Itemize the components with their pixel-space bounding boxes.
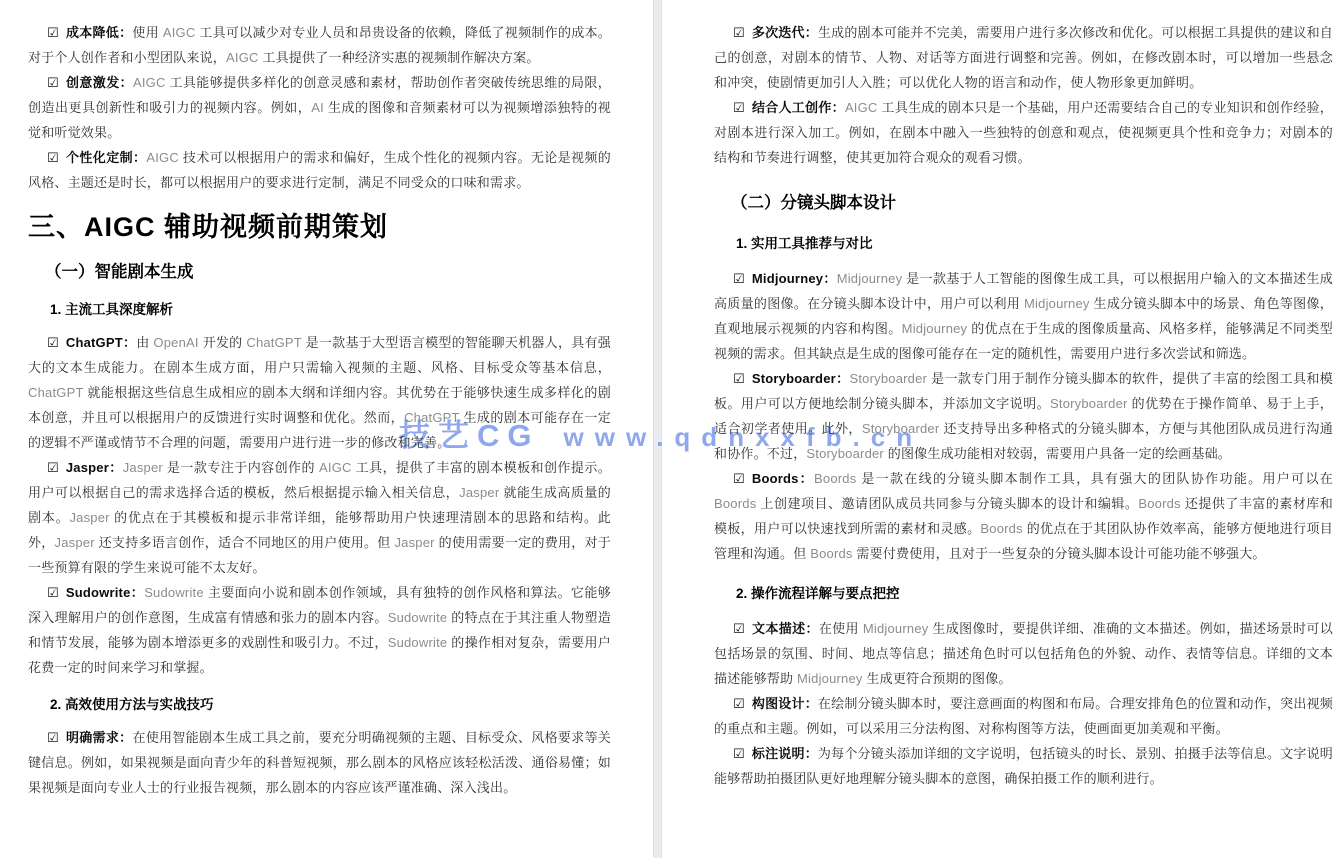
checkbox-icon: ☑ xyxy=(47,75,59,90)
paragraph-creativity: ☑创意激发：AIGC 工具能够提供多样化的创意灵感和素材，帮助创作者突破传统思维… xyxy=(28,70,611,145)
term-label: 成本降低： xyxy=(66,25,133,40)
term-label: 创意激发： xyxy=(66,75,133,90)
page-gap-divider xyxy=(653,0,662,858)
term-label: 标注说明： xyxy=(752,746,818,761)
checkbox-icon: ☑ xyxy=(47,585,59,600)
checkbox-icon: ☑ xyxy=(733,746,745,761)
document-page-left: ☑成本降低：使用 AIGC 工具可以减少对专业人员和昂贵设备的依赖，降低了视频制… xyxy=(0,0,653,858)
term-label: 多次迭代： xyxy=(752,25,818,40)
document-page-right: ☑多次迭代：生成的剧本可能并不完美，需要用户进行多次修改和优化。可以根据工具提供… xyxy=(662,0,1337,858)
paragraph-annotation: ☑标注说明：为每个分镜头添加详细的文字说明，包括镜头的时长、景别、拍摄手法等信息… xyxy=(714,741,1333,791)
term-label: 文本描述： xyxy=(752,621,819,636)
checkbox-icon: ☑ xyxy=(733,25,745,40)
paragraph-composition: ☑构图设计：在绘制分镜头脚本时，要注意画面的构图和布局。合理安排角色的位置和动作… xyxy=(714,691,1333,741)
checkbox-icon: ☑ xyxy=(47,335,59,350)
paragraph-sudowrite: ☑Sudowrite：Sudowrite 主要面向小说和剧本创作领域，具有独特的… xyxy=(28,580,611,680)
numbered-heading-tool-compare: 1. 实用工具推荐与对比 xyxy=(736,234,1333,254)
term-label: 构图设计： xyxy=(752,696,818,711)
paragraph-boords: ☑Boords：Boords 是一款在线的分镜头脚本制作工具，具有强大的团队协作… xyxy=(714,466,1333,566)
term-label: ChatGPT： xyxy=(66,335,136,350)
term-label: Boords： xyxy=(752,471,814,486)
term-label: 明确需求： xyxy=(66,730,133,745)
paragraph-jasper: ☑Jasper：Jasper 是一款专注于内容创作的 AIGC 工具，提供了丰富… xyxy=(28,455,611,580)
checkbox-icon: ☑ xyxy=(47,150,59,165)
checkbox-icon: ☑ xyxy=(733,696,745,711)
paragraph-midjourney: ☑Midjourney：Midjourney 是一款基于人工智能的图像生成工具，… xyxy=(714,266,1333,366)
term-label: 个性化定制： xyxy=(66,150,146,165)
paragraph-text: Jasper 是一款专注于内容创作的 AIGC 工具，提供了丰富的剧本模板和创作… xyxy=(28,460,611,575)
checkbox-icon: ☑ xyxy=(733,271,745,286)
paragraph-chatgpt: ☑ChatGPT：由 OpenAI 开发的 ChatGPT 是一款基于大型语言模… xyxy=(28,330,611,455)
checkbox-icon: ☑ xyxy=(733,621,745,636)
subsection-heading-2: （二）分镜头脚本设计 xyxy=(731,190,1333,216)
checkbox-icon: ☑ xyxy=(733,471,745,486)
numbered-heading-workflow: 2. 操作流程详解与要点把控 xyxy=(736,584,1333,604)
paragraph-text: 由 OpenAI 开发的 ChatGPT 是一款基于大型语言模型的智能聊天机器人… xyxy=(28,335,611,450)
paragraph-text-description: ☑文本描述：在使用 Midjourney 生成图像时，要提供详细、准确的文本描述… xyxy=(714,616,1333,691)
term-label: Storyboarder： xyxy=(752,371,850,386)
term-label: Jasper： xyxy=(66,460,123,475)
section-heading-3: 三、AIGC 辅助视频前期策划 xyxy=(28,207,611,247)
numbered-heading-usage-tips: 2. 高效使用方法与实战技巧 xyxy=(50,695,611,715)
checkbox-icon: ☑ xyxy=(47,730,59,745)
paragraph-human-collab: ☑结合人工创作：AIGC 工具生成的剧本只是一个基础，用户还需要结合自己的专业知… xyxy=(714,95,1333,170)
checkbox-icon: ☑ xyxy=(47,460,59,475)
term-label: Midjourney： xyxy=(752,271,837,286)
paragraph-clarify-needs: ☑明确需求：在使用智能剧本生成工具之前，要充分明确视频的主题、目标受众、风格要求… xyxy=(28,725,611,800)
paragraph-storyboarder: ☑Storyboarder：Storyboarder 是一款专门用于制作分镜头脚… xyxy=(714,366,1333,466)
subsection-heading-1: （一）智能剧本生成 xyxy=(45,259,611,285)
checkbox-icon: ☑ xyxy=(47,25,59,40)
checkbox-icon: ☑ xyxy=(733,100,745,115)
document-reading-view: ☑成本降低：使用 AIGC 工具可以减少对专业人员和昂贵设备的依赖，降低了视频制… xyxy=(0,0,1337,858)
paragraph-iterations: ☑多次迭代：生成的剧本可能并不完美，需要用户进行多次修改和优化。可以根据工具提供… xyxy=(714,20,1333,95)
numbered-heading-tools-analysis: 1. 主流工具深度解析 xyxy=(50,300,611,320)
paragraph-personalization: ☑个性化定制：AIGC 技术可以根据用户的需求和偏好，生成个性化的视频内容。无论… xyxy=(28,145,611,195)
checkbox-icon: ☑ xyxy=(733,371,745,386)
term-label: Sudowrite： xyxy=(66,585,144,600)
term-label: 结合人工创作： xyxy=(752,100,845,115)
paragraph-cost-reduction: ☑成本降低：使用 AIGC 工具可以减少对专业人员和昂贵设备的依赖，降低了视频制… xyxy=(28,20,611,70)
